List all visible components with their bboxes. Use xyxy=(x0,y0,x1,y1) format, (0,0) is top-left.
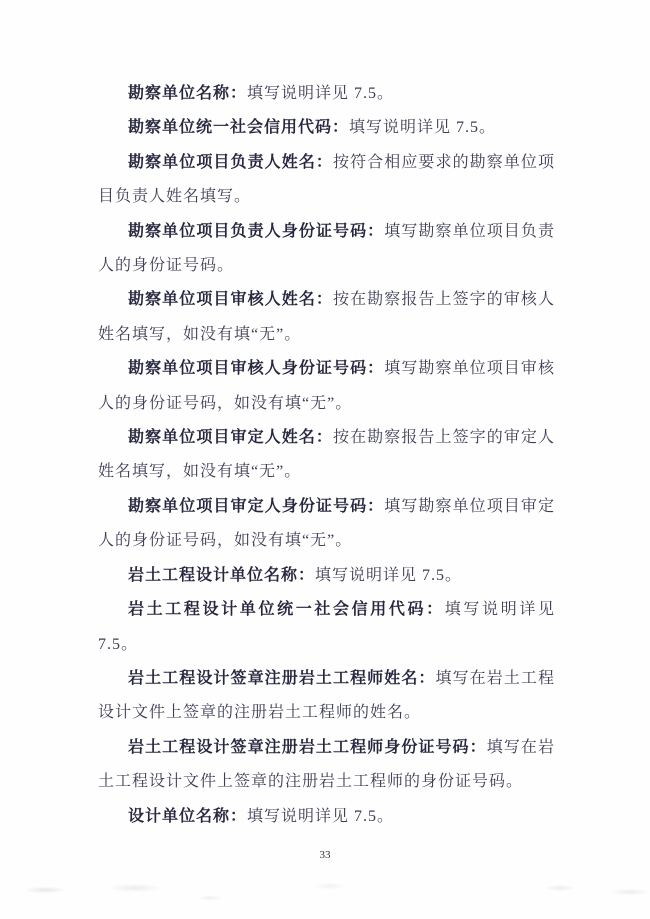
paragraph: 勘察单位项目审核人姓名：按在勘察报告上签字的审核人姓名填写，如没有填“无”。 xyxy=(98,283,555,352)
field-label: 勘察单位项目审定人姓名： xyxy=(128,429,333,446)
document-page: 勘察单位名称：填写说明详见 7.5。 勘察单位统一社会信用代码：填写说明详见 7… xyxy=(0,0,650,919)
field-description: 填写说明详见 7.5。 xyxy=(349,119,496,136)
field-label: 勘察单位项目审定人身份证号码： xyxy=(128,498,384,515)
page-number: 33 xyxy=(0,849,650,861)
field-label: 勘察单位统一社会信用代码： xyxy=(128,119,349,136)
paragraph: 勘察单位项目审核人身份证号码：填写勘察单位项目审核人的身份证号码，如没有填“无”… xyxy=(98,352,555,421)
paragraph: 勘察单位统一社会信用代码：填写说明详见 7.5。 xyxy=(98,111,555,145)
paragraph: 岩土工程设计单位名称：填写说明详见 7.5。 xyxy=(98,559,555,593)
field-label: 勘察单位项目审核人姓名： xyxy=(128,291,333,308)
paragraph: 勘察单位项目负责人身份证号码：填写勘察单位项目负责人的身份证号码。 xyxy=(98,215,555,284)
field-label: 岩土工程设计签章注册岩土工程师身份证号码： xyxy=(128,739,487,756)
field-label: 勘察单位名称： xyxy=(128,85,247,102)
paragraph: 岩土工程设计单位统一社会信用代码：填写说明详见 7.5。 xyxy=(98,593,555,662)
paragraph: 勘察单位项目负责人姓名：按符合相应要求的勘察单位项目负责人姓名填写。 xyxy=(98,146,555,215)
paragraph-list: 勘察单位名称：填写说明详见 7.5。 勘察单位统一社会信用代码：填写说明详见 7… xyxy=(98,77,555,834)
field-description: 填写说明详见 7.5。 xyxy=(247,808,394,825)
paragraph: 岩土工程设计签章注册岩土工程师姓名：填写在岩土工程设计文件上签章的注册岩土工程师… xyxy=(98,662,555,731)
paragraph: 勘察单位项目审定人身份证号码：填写勘察单位项目审定人的身份证号码，如没有填“无”… xyxy=(98,490,555,559)
field-label: 岩土工程设计单位名称： xyxy=(128,567,315,584)
field-description: 填写说明详见 7.5。 xyxy=(247,85,394,102)
scan-artifact xyxy=(0,868,650,908)
paragraph: 勘察单位名称：填写说明详见 7.5。 xyxy=(98,77,555,111)
paragraph: 勘察单位项目审定人姓名：按在勘察报告上签字的审定人姓名填写，如没有填“无”。 xyxy=(98,421,555,490)
field-description: 填写说明详见 7.5。 xyxy=(315,567,462,584)
paragraph: 设计单位名称：填写说明详见 7.5。 xyxy=(98,800,555,834)
field-label: 设计单位名称： xyxy=(128,808,247,825)
field-label: 勘察单位项目审核人身份证号码： xyxy=(128,360,384,377)
paragraph: 岩土工程设计签章注册岩土工程师身份证号码：填写在岩土工程设计文件上签章的注册岩土… xyxy=(98,731,555,800)
field-label: 勘察单位项目负责人身份证号码： xyxy=(128,223,384,240)
field-label: 岩土工程设计单位统一社会信用代码： xyxy=(128,601,445,618)
field-label: 勘察单位项目负责人姓名： xyxy=(128,154,333,171)
field-label: 岩土工程设计签章注册岩土工程师姓名： xyxy=(128,670,435,687)
